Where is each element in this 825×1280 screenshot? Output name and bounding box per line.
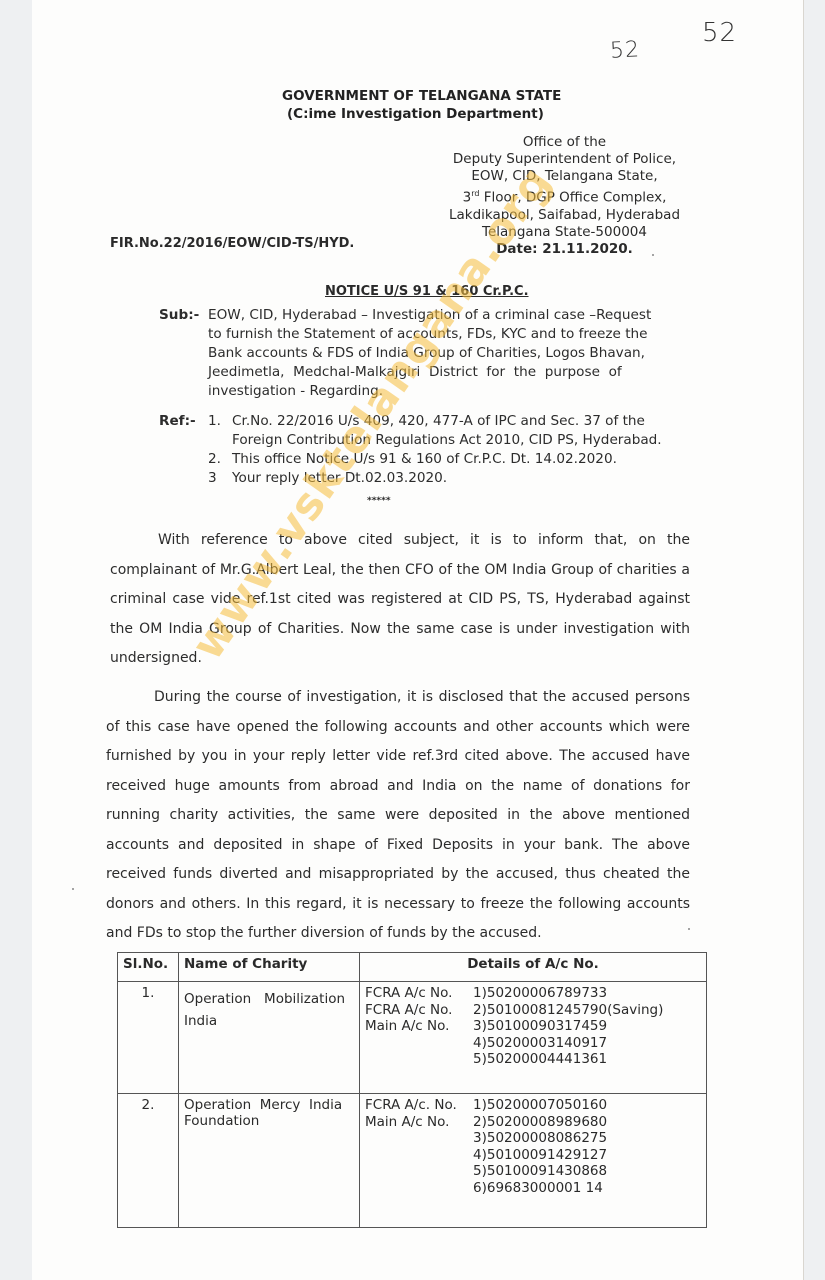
account-details-cell: FCRA A/c. No.1)50200007050160 Main A/c N… — [360, 1094, 707, 1228]
scan-speck — [652, 254, 654, 256]
notice-title: NOTICE U/S 91 & 160 Cr.P.C. — [325, 284, 529, 299]
account-number: FCRA A/c. No.1)50200007050160 — [365, 1097, 701, 1114]
account-number: 1)50200006789733 — [473, 985, 607, 1001]
account-number: 5)50100091430868 — [365, 1163, 701, 1180]
subject-line: EOW, CID, Hyderabad – Investigation of a… — [208, 306, 708, 325]
subject-line: investigation - Regarding. — [208, 382, 708, 401]
reference-item-1: 1.Cr.No. 22/2016 U/s 409, 420, 477-A of … — [208, 412, 728, 450]
account-number: FCRA A/c No.1)50200006789733 — [365, 985, 701, 1002]
column-header-account-details: Details of A/c No. — [360, 953, 707, 982]
table-row: 1. Operation Mobilization India FCRA A/c… — [118, 982, 707, 1094]
page-number-stamp: 52 — [702, 18, 737, 48]
fir-number: FIR.No.22/2016/EOW/CID-TS/HYD. — [110, 236, 354, 251]
account-type-label: FCRA A/c No. — [365, 985, 473, 1002]
paragraph-1: With reference to above cited subject, i… — [110, 526, 690, 674]
office-line: Deputy Superintendent of Police, — [437, 151, 692, 168]
office-line: Lakdikapool, Saifabad, Hyderabad — [437, 207, 692, 224]
government-heading: GOVERNMENT OF TELANGANA STATE — [282, 88, 561, 104]
office-line: Office of the — [437, 134, 692, 151]
accounts-table: Sl.No. Name of Charity Details of A/c No… — [117, 952, 707, 1228]
account-type-label: Main A/c No. — [365, 1114, 473, 1131]
charity-name-cell: Operation Mercy India Foundation — [179, 1094, 360, 1228]
office-line: Telangana State-500004 — [437, 224, 692, 241]
account-number: 2)50200008989680 — [473, 1114, 607, 1130]
account-number: Main A/c No.2)50200008989680 — [365, 1114, 701, 1131]
account-number: 5)50200004441361 — [365, 1051, 701, 1068]
office-address: Office of the Deputy Superintendent of P… — [437, 134, 692, 258]
subject-line: Bank accounts & FDS of India Group of Ch… — [208, 344, 708, 363]
sl-no-cell: 1. — [118, 982, 179, 1094]
account-number: 3)50200008086275 — [365, 1130, 701, 1147]
department-heading: (C:ime Investigation Department) — [287, 106, 544, 122]
subject-line: to furnish the Statement of accounts, FD… — [208, 325, 708, 344]
account-number: 3)50100090317459 — [473, 1018, 607, 1034]
subject-line: Jeedimetla, Medchal-Malkajgiri District … — [208, 363, 708, 382]
office-line: 3rd Floor, DGP Office Complex, — [437, 185, 692, 207]
reference-item-2: 2.This office Notice U/s 91 & 160 of Cr.… — [208, 450, 728, 469]
separator-stars: ***** — [367, 496, 391, 506]
account-number: 4)50200003140917 — [365, 1035, 701, 1052]
account-type-label: FCRA A/c No. — [365, 1002, 473, 1019]
account-number: 6)69683000001 14 — [365, 1180, 701, 1197]
account-type-label: FCRA A/c. No. — [365, 1097, 473, 1114]
reference-item-3: 3Your reply letter Dt.02.03.2020. — [208, 469, 728, 488]
table-row: 2. Operation Mercy India Foundation FCRA… — [118, 1094, 707, 1228]
account-number: 4)50100091429127 — [365, 1147, 701, 1164]
account-number: 1)50200007050160 — [473, 1097, 607, 1113]
sl-no-cell: 2. — [118, 1094, 179, 1228]
paragraph-2: During the course of investigation, it i… — [106, 683, 690, 949]
account-number: FCRA A/c No.2)50100081245790(Saving) — [365, 1002, 701, 1019]
subject-label: Sub:- — [159, 306, 199, 325]
account-type-label: Main A/c No. — [365, 1018, 473, 1035]
charity-name-cell: Operation Mobilization India — [179, 982, 360, 1094]
office-line: EOW, CID, Telangana State, — [437, 168, 692, 185]
account-number: Main A/c No.3)50100090317459 — [365, 1018, 701, 1035]
table-header-row: Sl.No. Name of Charity Details of A/c No… — [118, 953, 707, 982]
account-number: 2)50100081245790(Saving) — [473, 1002, 663, 1018]
column-header-charity: Name of Charity — [179, 953, 360, 982]
account-details-cell: FCRA A/c No.1)50200006789733 FCRA A/c No… — [360, 982, 707, 1094]
references-label: Ref:- — [159, 412, 196, 431]
handwritten-page-number: 52 — [609, 37, 640, 64]
scan-speck — [72, 888, 74, 890]
column-header-sl-no: Sl.No. — [118, 953, 179, 982]
document-page: 52 52 GOVERNMENT OF TELANGANA STATE (C:i… — [32, 0, 803, 1280]
scan-speck — [688, 928, 690, 930]
